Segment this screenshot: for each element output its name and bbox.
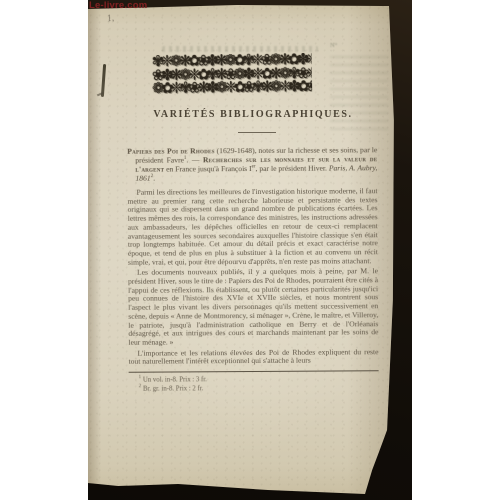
product-image-canvas: 1, N° ✾❈❁❋✿❀✽❋❁✿✾❈❀❁❋✿✽❈❁❀ ❀✽❋❁❈✿✾❋❀❁✽❈✿… (0, 0, 500, 500)
book-photo: 1, N° ✾❈❁❋✿❀✽❋❁✿✾❈❀❁❋✿✽❈❁❀ ❀✽❋❁❈✿✾❋❀❁✽❈✿… (88, 0, 412, 500)
handwritten-ink-note: 1, (106, 12, 114, 23)
book-page: 1, N° ✾❈❁❋✿❀✽❋❁✿✾❈❀❁❋✿✽❈❁❀ ❀✽❋❁❈✿✾❋❀❁✽❈✿… (88, 0, 412, 500)
ornament-row: ❁✿❈✾❀❋✽❁❈✿❀✾❋❁❈✽✿❀❋✾ (152, 80, 312, 96)
body-paragraph-3: L'importance et les relations élevées de… (128, 348, 378, 367)
footnote-2-text: Br. gr. in-8. Prix : 2 fr. (141, 385, 203, 392)
body-paragraph-2: Les documents nouveaux publiés, il y a q… (128, 268, 378, 348)
seller-watermark: Le-livre.com (89, 0, 147, 11)
footnote-2: 2 Br. gr. in-8. Prix : 2 fr. (139, 384, 379, 394)
show-through-margin-marks (330, 56, 388, 132)
bibliographic-entry: Papiers des Poi de Rhodes (1629-1648), n… (127, 145, 377, 183)
entry-end: . (153, 174, 155, 183)
title-divider-rule (238, 132, 276, 133)
faint-issue-number: N° (330, 42, 337, 49)
entry-dash: . — (186, 155, 203, 164)
body-paragraph-1: Parmi les directions les meilleures de l… (128, 187, 378, 267)
engraved-headpiece-ornament: ✾❈❁❋✿❀✽❋❁✿✾❈❀❁❋✿✽❈❁❀ ❀✽❋❁❈✿✾❋❀❁✽❈✿❋❁✾❀❈✽… (152, 53, 313, 105)
entry-detail-2: en France jusqu'à François I (164, 164, 251, 174)
text-column: Papiers des Poi de Rhodes (1629-1648), n… (127, 145, 379, 394)
show-through-text-line (162, 46, 318, 52)
section-title: VARIÉTÉS BIBLIOGRAPHIQUES. (128, 109, 378, 120)
footnote-1-text: Un vol. in-8. Prix : 3 fr. (141, 376, 207, 383)
footnotes: 1 Un vol. in-8. Prix : 3 fr. 2 Br. gr. i… (129, 375, 379, 394)
paper-edge-highlight (392, 200, 397, 475)
entry-detail-3: , par le président Hiver. (255, 164, 328, 173)
footnote-divider-rule (129, 370, 379, 373)
